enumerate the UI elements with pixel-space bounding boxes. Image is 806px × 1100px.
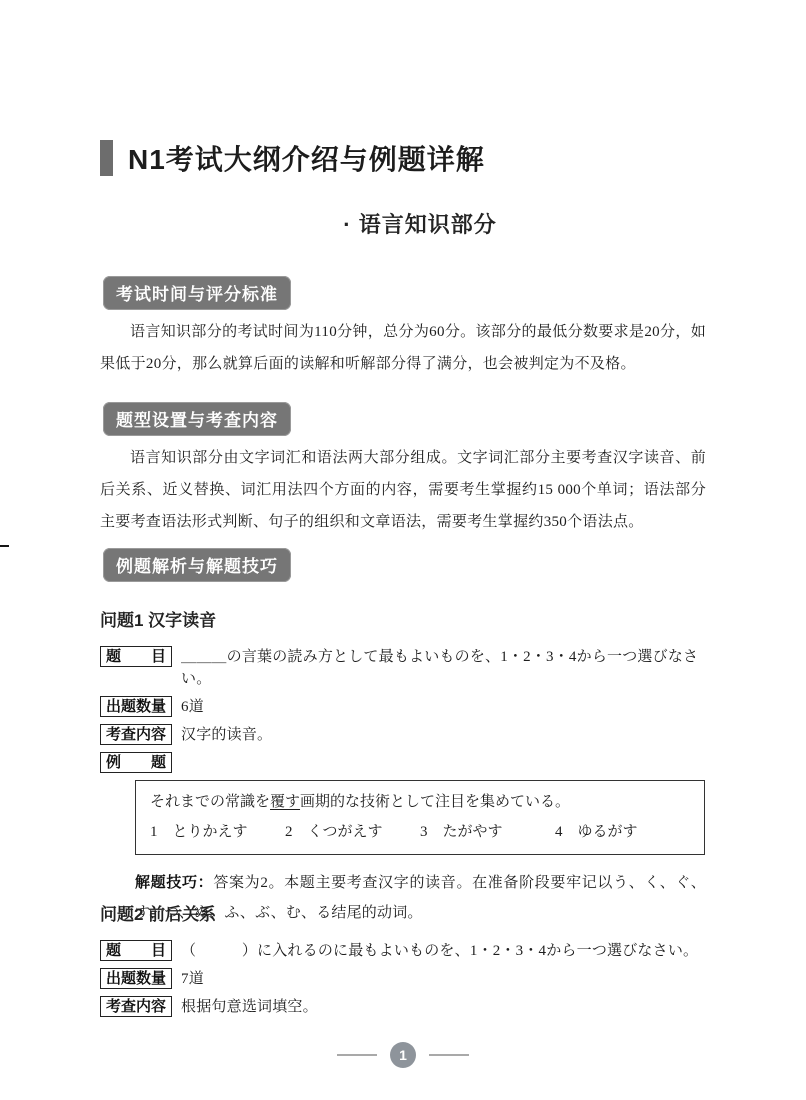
example-sentence-post: 画期的な技術として注目を集めている。	[300, 794, 570, 810]
problem-1-row-example: 例 题	[100, 752, 706, 774]
row-label-example: 例 题	[100, 752, 172, 773]
book-page: N1考试大纲介绍与例题详解 · 语言知识部分 考试时间与评分标准 语言知识部分的…	[0, 0, 806, 1100]
row-value-content: 汉字的读音。	[181, 724, 272, 746]
problem-2-row-count: 出题数量 7道	[100, 968, 706, 990]
title-accent-bar	[100, 140, 113, 176]
chapter-title-block: N1考试大纲介绍与例题详解	[100, 138, 485, 178]
section-badge-exam-time: 考试时间与评分标准	[103, 276, 291, 310]
example-sentence-pre: それまでの常識を	[150, 794, 270, 810]
row-value-prompt: ＿＿＿の言葉の読み方として最もよいものを、1・2・3・4から一つ選びなさい。	[181, 646, 706, 690]
example-box: それまでの常識を覆す画期的な技術として注目を集めている。 1 とりかえす 2 く…	[135, 780, 705, 855]
section-paragraph-exam-time: 语言知识部分的考试时间为110分钟，总分为60分。该部分的最低分数要求是20分，…	[100, 316, 706, 380]
problem-2-row-prompt: 题 目 （ ）に入れるのに最もよいものを、1・2・3・4から一つ選びなさい。	[100, 940, 706, 962]
option-3: 3 たがやす	[420, 820, 555, 844]
example-options: 1 とりかえす 2 くつがえす 3 たがやす 4 ゆるがす	[150, 820, 690, 844]
problem-1-block: 问题1 汉字读音 题 目 ＿＿＿の言葉の読み方として最もよいものを、1・2・3・…	[100, 606, 706, 928]
example-sentence: それまでの常識を覆す画期的な技術として注目を集めている。	[150, 790, 690, 814]
row-value-count: 7道	[181, 968, 204, 990]
problem-1-row-count: 出题数量 6道	[100, 696, 706, 718]
page-number-badge: 1	[390, 1042, 416, 1068]
technique-label: 解题技巧：	[135, 874, 213, 891]
section-paragraph-question-types: 语言知识部分由文字词汇和语法两大部分组成。文字词汇部分主要考查汉字读音、前后关系…	[100, 442, 706, 538]
row-label-prompt: 题 目	[100, 940, 172, 961]
row-value-content: 根据句意选词填空。	[181, 996, 318, 1018]
chapter-subtitle: · 语言知识部分	[100, 208, 740, 239]
page-footer: 1	[0, 1042, 806, 1068]
row-label-count: 出题数量	[100, 968, 172, 989]
problem-2-block: 问题2 前后关系 题 目 （ ）に入れるのに最もよいものを、1・2・3・4から一…	[100, 900, 706, 1024]
problem-1-heading: 问题1 汉字读音	[100, 606, 706, 631]
section-badge-examples: 例题解析与解题技巧	[103, 548, 291, 582]
footer-rule-left	[337, 1054, 377, 1056]
crop-mark	[0, 545, 9, 547]
row-label-content: 考查内容	[100, 724, 172, 745]
row-label-count: 出题数量	[100, 696, 172, 717]
problem-1-row-content: 考查内容 汉字的读音。	[100, 724, 706, 746]
section-badge-question-types: 题型设置与考查内容	[103, 402, 291, 436]
row-value-count: 6道	[181, 696, 204, 718]
chapter-title: N1考试大纲介绍与例题详解	[128, 138, 485, 178]
row-label-content: 考查内容	[100, 996, 172, 1017]
example-sentence-underlined: 覆す	[270, 794, 300, 810]
option-1: 1 とりかえす	[150, 820, 285, 844]
row-label-prompt: 题 目	[100, 646, 172, 667]
option-2: 2 くつがえす	[285, 820, 420, 844]
row-value-prompt: （ ）に入れるのに最もよいものを、1・2・3・4から一つ選びなさい。	[181, 940, 698, 962]
footer-rule-right	[429, 1054, 469, 1056]
option-4: 4 ゆるがす	[555, 820, 690, 844]
problem-1-row-prompt: 题 目 ＿＿＿の言葉の読み方として最もよいものを、1・2・3・4から一つ選びなさ…	[100, 646, 706, 690]
problem-2-row-content: 考查内容 根据句意选词填空。	[100, 996, 706, 1018]
problem-2-heading: 问题2 前后关系	[100, 900, 706, 925]
